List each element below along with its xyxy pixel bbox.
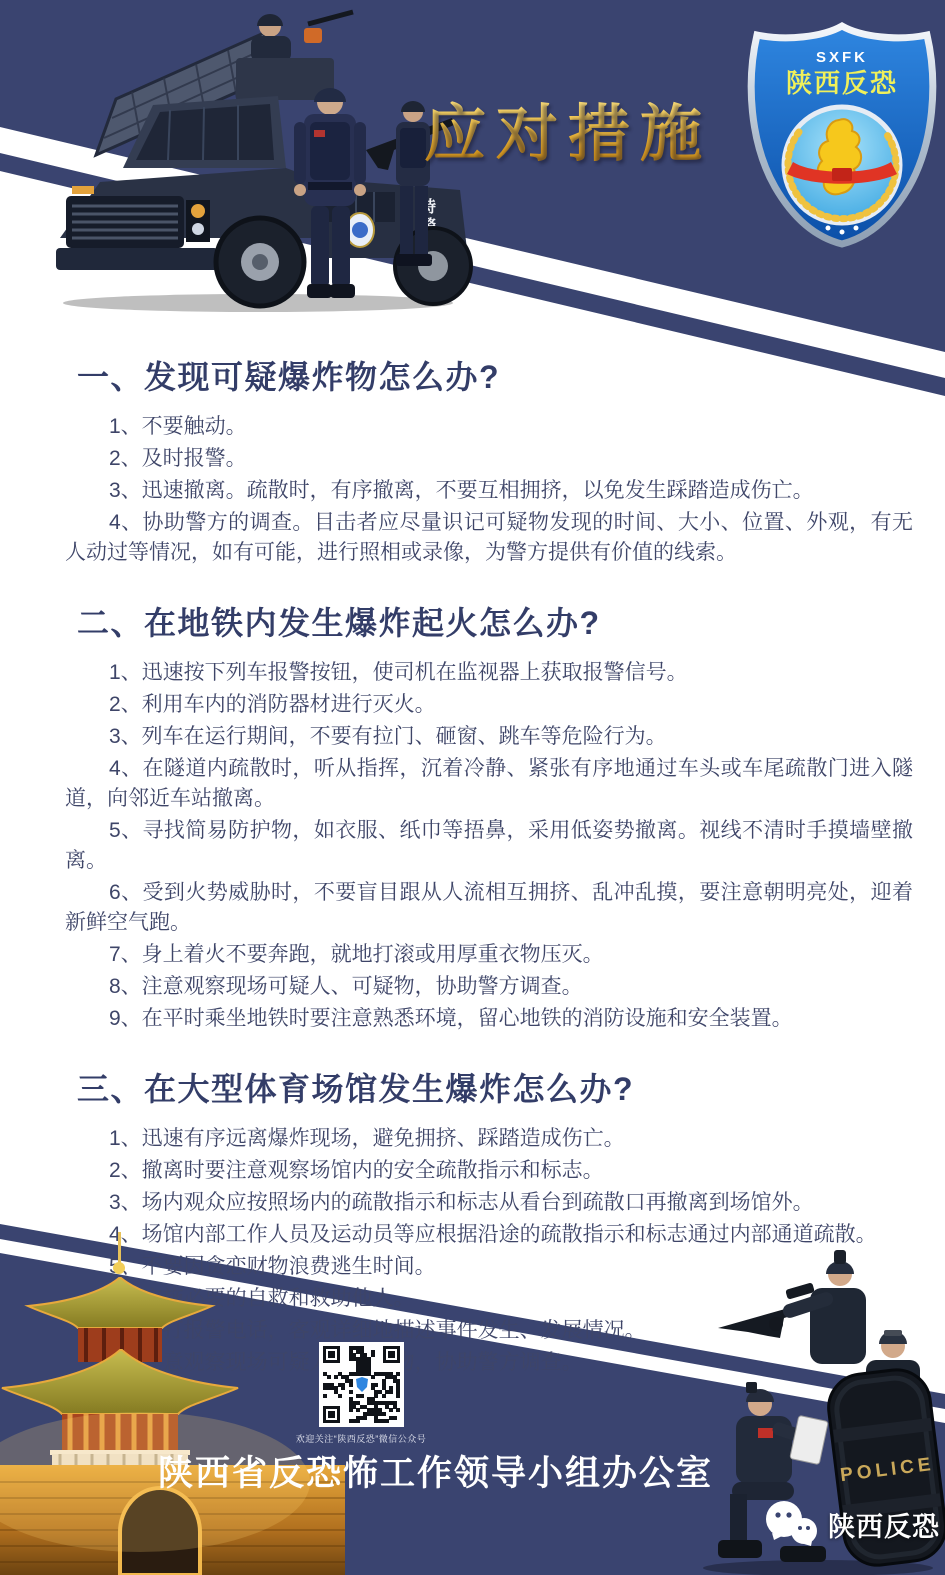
bell-tower-photo bbox=[0, 1232, 345, 1575]
sxfk-badge-icon: SXFK 陕西反恐 bbox=[743, 20, 941, 248]
instruction-item: 1、迅速按下列车报警按钮，使司机在监视器上获取报警信号。 bbox=[65, 658, 913, 688]
anti-terror-poster: 特 警 bbox=[0, 0, 945, 1575]
instruction-item: 1、迅速有序远离爆炸现场，避免拥挤、踩踏造成伤亡。 bbox=[65, 1124, 913, 1154]
qr-finder-icon bbox=[323, 1406, 340, 1423]
rifle-officer bbox=[718, 1250, 866, 1364]
instruction-item: 2、利用车内的消防器材进行灭火。 bbox=[65, 690, 913, 720]
qr-caption: 欢迎关注“陕西反恐”微信公众号 bbox=[271, 1432, 451, 1445]
instruction-item: 8、注意观察现场可疑人、可疑物，协助警方调查。 bbox=[65, 972, 913, 1002]
instruction-item: 5、寻找简易防护物，如衣服、纸巾等捂鼻，采用低姿势撤离。视线不清时手摸墙壁撤离。 bbox=[65, 816, 913, 876]
instruction-item: 4、协助警方的调查。目击者应尽量识记可疑物发现的时间、大小、位置、外观，有无人动… bbox=[65, 508, 913, 568]
swat-vehicle-photo: 特 警 bbox=[8, 0, 478, 312]
qr-finder-icon bbox=[323, 1346, 340, 1363]
wechat-icon bbox=[762, 1500, 820, 1548]
qr-finder-icon bbox=[383, 1346, 400, 1363]
instruction-item: 2、撤离时要注意观察场馆内的安全疏散指示和标志。 bbox=[65, 1156, 913, 1186]
instructions: 一、发现可疑爆炸物怎么办? 1、不要触动。 2、及时报警。 3、迅速撤离。疏散时… bbox=[65, 338, 913, 1380]
instruction-item: 1、不要触动。 bbox=[65, 412, 913, 442]
instruction-item: 4、在隧道内疏散时，听从指挥，沉着冷静、紧张有序地通过车头或车尾疏散门进入隧道，… bbox=[65, 754, 913, 814]
wechat-account-name: 陕西反恐 bbox=[828, 1505, 940, 1544]
section-heading: 一、发现可疑爆炸物怎么办? bbox=[77, 352, 913, 398]
badge-abbr: SXFK bbox=[816, 49, 868, 66]
turret-officer bbox=[236, 12, 353, 100]
instruction-item: 9、在平时乘坐地铁时要注意熟悉环境，留心地铁的消防设施和安全装置。 bbox=[65, 1004, 913, 1034]
instruction-item: 6、受到火势威胁时，不要盲目跟从人流相互拥挤、乱冲乱摸，要注意朝明亮处，迎着新鲜… bbox=[65, 878, 913, 938]
instruction-item: 2、及时报警。 bbox=[65, 444, 913, 474]
section-heading: 三、在大型体育场馆发生爆炸怎么办? bbox=[77, 1064, 913, 1110]
wechat-account-row: 陕西反恐 bbox=[762, 1500, 940, 1548]
instruction-item: 3、场内观众应按照场内的疏散指示和标志从看台到疏散口再撤离到场馆外。 bbox=[65, 1188, 913, 1218]
section-subway-explosion: 二、在地铁内发生爆炸起火怎么办? 1、迅速按下列车报警按钮，使司机在监视器上获取… bbox=[65, 598, 913, 1034]
section-heading: 二、在地铁内发生爆炸起火怎么办? bbox=[77, 598, 913, 644]
instruction-item: 7、身上着火不要奔跑，就地打滚或用厚重衣物压灭。 bbox=[65, 940, 913, 970]
qr-code bbox=[319, 1342, 404, 1427]
poster-title: 应对措施 bbox=[424, 84, 712, 173]
badge-name: 陕西反恐 bbox=[786, 68, 898, 98]
qr-center-logo-icon bbox=[354, 1375, 370, 1394]
instruction-item: 3、列车在运行期间，不要有拉门、砸窗、跳车等危险行为。 bbox=[65, 722, 913, 752]
instruction-item: 3、迅速撤离。疏散时，有序撤离，不要互相拥挤，以免发生踩踏造成伤亡。 bbox=[65, 476, 913, 506]
section-suspicious-explosive: 一、发现可疑爆炸物怎么办? 1、不要触动。 2、及时报警。 3、迅速撤离。疏散时… bbox=[65, 352, 913, 568]
